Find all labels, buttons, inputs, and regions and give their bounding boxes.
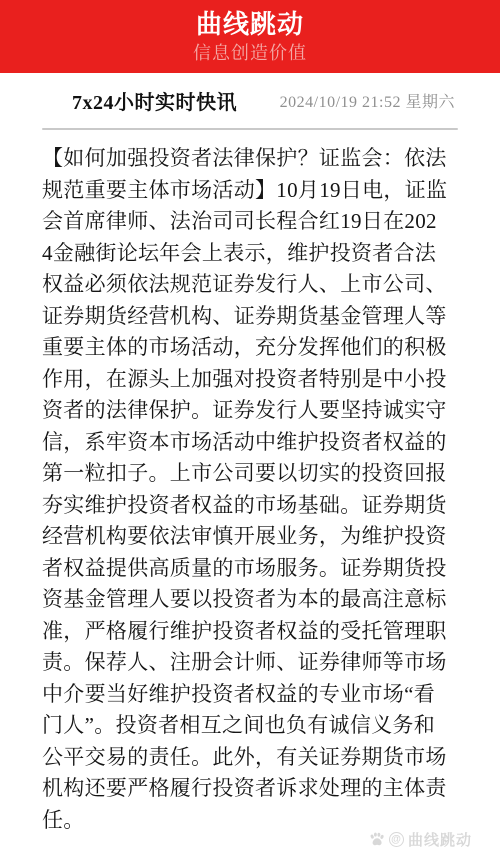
article-line: 作用，在源头上加强对投资者特别是中小投 <box>42 364 458 396</box>
article-line: 者权益提供高质量的市场服务。证券期货投 <box>42 553 458 585</box>
watermark: @ 曲线跳动 <box>369 829 472 850</box>
article-line: 准，严格履行维护投资者权益的受托管理职 <box>42 616 458 648</box>
article-line: 资者的法律保护。证券发行人要坚持诚实守 <box>42 395 458 427</box>
article-body: 【如何加强投资者法律保护？证监会：依法规范重要主体市场活动】10月19日电，证监… <box>0 130 500 836</box>
article-line: 公平交易的责任。此外，有关证券期货市场 <box>42 742 458 774</box>
article-line: 重要主体的市场活动，充分发挥他们的积极 <box>42 332 458 364</box>
article-line: 【如何加强投资者法律保护？证监会：依法 <box>42 143 458 175</box>
watermark-text: 曲线跳动 <box>408 829 472 850</box>
article-line: 规范重要主体市场活动】10月19日电，证监 <box>42 175 458 207</box>
news-card: 曲线跳动 信息创造价值 7x24小时实时快讯 2024/10/19 21:52 … <box>0 0 500 860</box>
feed-header: 7x24小时实时快讯 2024/10/19 21:52 星期六 <box>0 73 500 128</box>
feed-datetime: 2024/10/19 21:52 星期六 <box>280 89 455 112</box>
app-title: 曲线跳动 <box>196 9 304 40</box>
article-line: 证券期货经营机构、证券期货基金管理人等 <box>42 301 458 333</box>
article-line: 责。保荐人、注册会计师、证券律师等市场 <box>42 647 458 679</box>
at-circle-icon: @ <box>389 832 404 847</box>
app-slogan: 信息创造价值 <box>193 42 307 65</box>
article-line: 资基金管理人要以投资者为本的最高注意标 <box>42 584 458 616</box>
app-header: 曲线跳动 信息创造价值 <box>0 0 500 73</box>
article-line: 机构还要严格履行投资者诉求处理的主体责 <box>42 773 458 805</box>
article-line: 中介要当好维护投资者权益的专业市场“看 <box>42 679 458 711</box>
article-line: 门人”。投资者相互之间也负有诚信义务和 <box>42 710 458 742</box>
article-line: 第一粒扣子。上市公司要以切实的投资回报 <box>42 458 458 490</box>
article-line: 权益必须依法规范证券发行人、上市公司、 <box>42 269 458 301</box>
article-line: 夯实维护投资者权益的市场基础。证券期货 <box>42 490 458 522</box>
article-line: 会首席律师、法治司司长程合红19日在202 <box>42 206 458 238</box>
feed-title: 7x24小时实时快讯 <box>72 86 237 115</box>
article-line: 4金融街论坛年会上表示，维护投资者合法 <box>42 238 458 270</box>
article-line: 经营机构要依法审慎开展业务，为维护投资 <box>42 521 458 553</box>
article-line: 信，系牢资本市场活动中维护投资者权益的 <box>42 427 458 459</box>
baidu-paw-icon <box>369 832 385 847</box>
